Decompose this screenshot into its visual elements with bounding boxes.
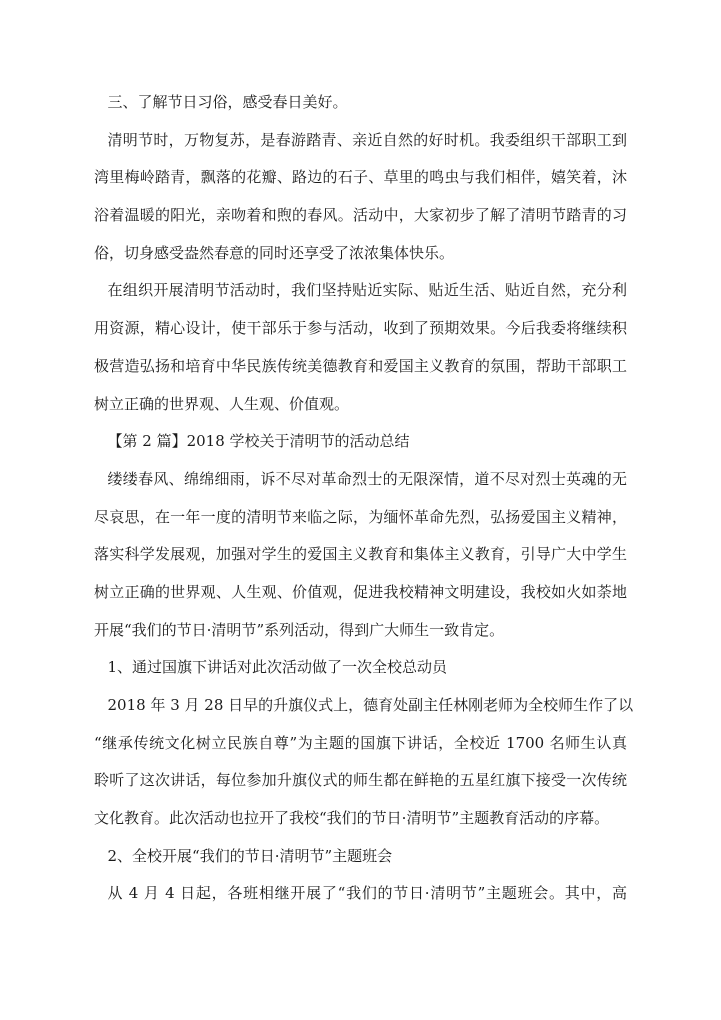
text-line: 俗，切身感受盎然春意的同时还享受了浓浓集体快乐。 bbox=[94, 235, 627, 273]
text-line-heading-2: 2、全校开展“我们的节日·清明节”主题班会 bbox=[94, 838, 627, 876]
text-line: 用资源，精心设计，使干部乐于参与活动，收到了预期效果。今后我委将继续积 bbox=[94, 310, 627, 348]
text-line-heading-1: 1、通过国旗下讲话对此次活动做了一次全校总动员 bbox=[94, 649, 627, 687]
text-line: 文化教育。此次活动也拉开了我校“我们的节日·清明节”主题教育活动的序幕。 bbox=[94, 800, 627, 838]
text-line: 清明节时，万物复苏，是春游踏青、亲近自然的好时机。我委组织干部职工到 bbox=[94, 122, 627, 160]
text-line: 从 4 月 4 日起，各班相继开展了“我们的节日·清明节”主题班会。其中，高 bbox=[94, 875, 627, 913]
text-line: 尽哀思，在一年一度的清明节来临之际，为缅怀革命先烈，弘扬爱国主义精神， bbox=[94, 499, 627, 537]
text-line-heading-3: 三、了解节日习俗，感受春日美好。 bbox=[94, 84, 627, 122]
text-line-section-title: 【第 2 篇】2018 学校关于清明节的活动总结 bbox=[94, 423, 627, 461]
text-line: 极营造弘扬和培育中华民族传统美德教育和爱国主义教育的氛围，帮助干部职工 bbox=[94, 348, 627, 386]
text-line: 树立正确的世界观、人生观、价值观，促进我校精神文明建设，我校如火如荼地 bbox=[94, 574, 627, 612]
text-line: 浴着温暖的阳光，亲吻着和煦的春风。活动中，大家初步了解了清明节踏青的习 bbox=[94, 197, 627, 235]
document-text-block: 三、了解节日习俗，感受春日美好。 清明节时，万物复苏，是春游踏青、亲近自然的好时… bbox=[94, 84, 627, 913]
text-line: 湾里梅岭踏青，飘落的花瓣、路边的石子、草里的鸣虫与我们相伴，嬉笑着，沐 bbox=[94, 159, 627, 197]
text-line: 缕缕春风、绵绵细雨，诉不尽对革命烈士的无限深情，道不尽对烈士英魂的无 bbox=[94, 461, 627, 499]
text-line: 开展“我们的节日·清明节”系列活动，得到广大师生一致肯定。 bbox=[94, 612, 627, 650]
text-line: 2018 年 3 月 28 日早的升旗仪式上，德育处副主任林刚老师为全校师生作了… bbox=[94, 687, 627, 725]
text-line: 树立正确的世界观、人生观、价值观。 bbox=[94, 386, 627, 424]
text-line: 在组织开展清明节活动时，我们坚持贴近实际、贴近生活、贴近自然，充分利 bbox=[94, 272, 627, 310]
text-line: 聆听了这次讲话，每位参加升旗仪式的师生都在鲜艳的五星红旗下接受一次传统 bbox=[94, 762, 627, 800]
text-line: 落实科学发展观，加强对学生的爱国主义教育和集体主义教育，引导广大中学生 bbox=[94, 536, 627, 574]
text-line: “继承传统文化树立民族自尊”为主题的国旗下讲话，全校近 1700 名师生认真 bbox=[94, 725, 627, 763]
